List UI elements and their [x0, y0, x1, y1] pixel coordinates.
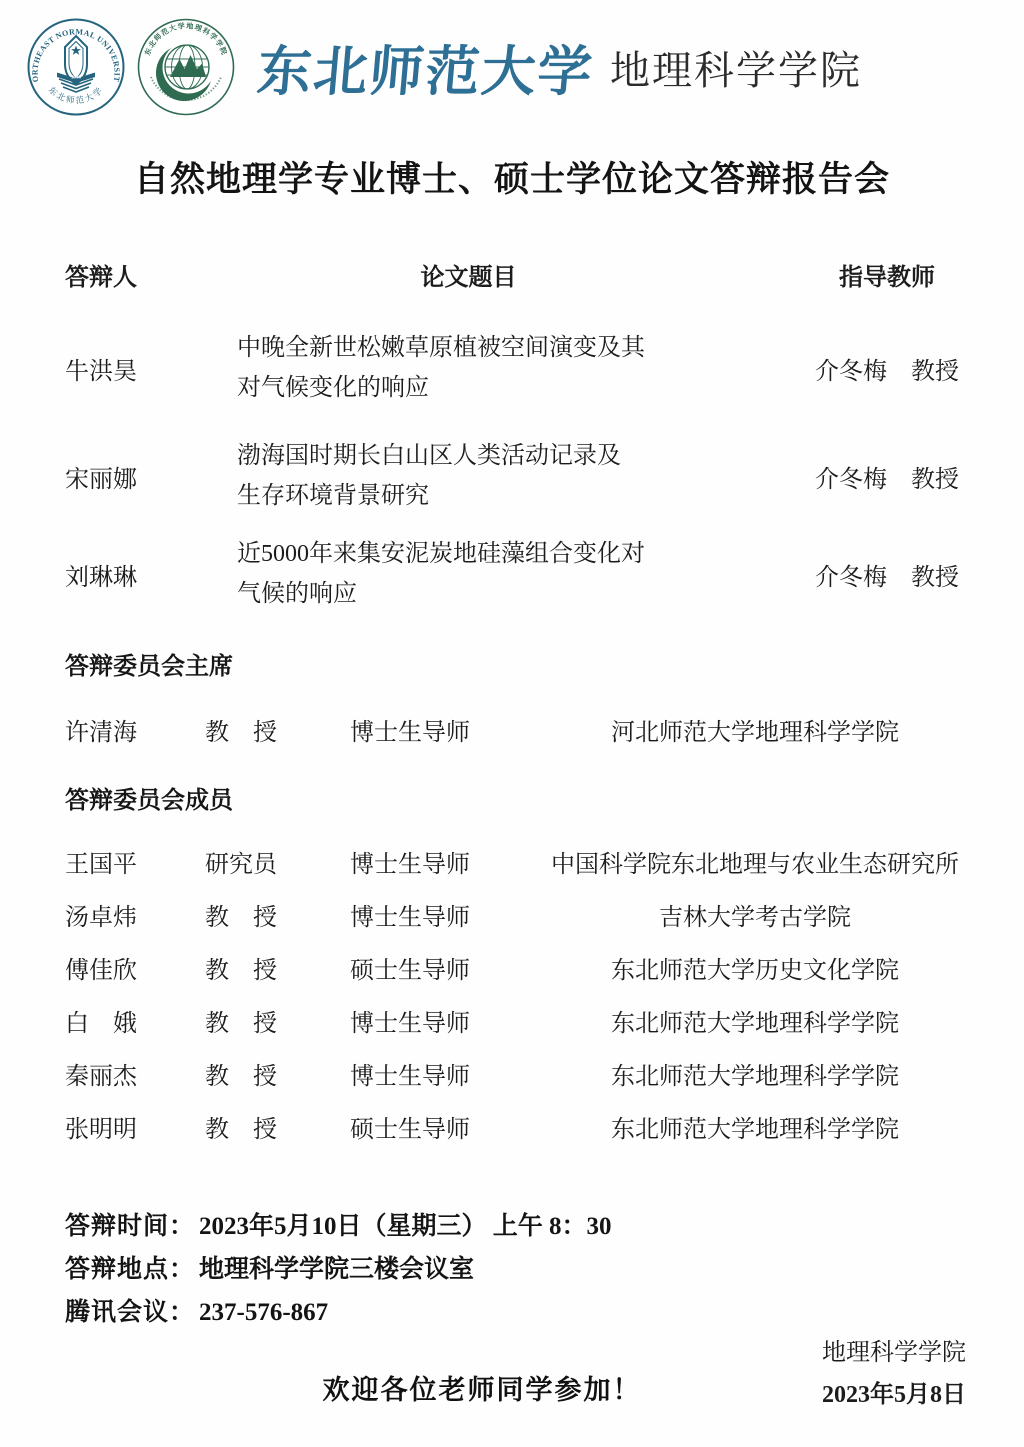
chair-section-heading: 答辩委员会主席 — [65, 646, 233, 681]
sign-date: 2023年5月8日 — [822, 1374, 966, 1409]
member-role: 硕士生导师 — [350, 1109, 520, 1144]
member-role: 博士生导师 — [350, 844, 520, 879]
header: NORTHEAST NORMAL UNIVERSITY 1946 东北师范大学 … — [26, 14, 862, 120]
chair-title: 教 授 — [205, 712, 350, 747]
chair-role: 博士生导师 — [350, 712, 520, 747]
member-organization: 中国科学院东北地理与农业生态研究所 — [520, 844, 990, 879]
brand-school-name: 地理科学学院 — [610, 39, 862, 96]
defense-place-value: 地理科学学院三楼会议室 — [199, 1256, 474, 1283]
member-name: 秦丽杰 — [65, 1056, 205, 1091]
thesis-title: 中晚全新世松嫩草原植被空间演变及其 对气候变化的响应 — [237, 328, 810, 408]
member-row: 秦丽杰 教 授 博士生导师 东北师范大学地理科学学院 — [0, 1056, 1024, 1090]
defense-time-label: 答辩时间： — [65, 1213, 195, 1240]
thesis-title: 近5000年来集安泥炭地硅藻组合变化对 气候的响应 — [237, 534, 810, 614]
col-advisor-header: 指导教师 — [810, 257, 1024, 292]
member-organization: 东北师范大学地理科学学院 — [520, 1056, 990, 1091]
brand: 东北师范大学 地理科学学院 — [258, 29, 862, 106]
member-role: 博士生导师 — [350, 897, 520, 932]
member-row: 傅佳欣 教 授 硕士生导师 东北师范大学历史文化学院 — [0, 950, 1024, 984]
defense-place-label: 答辩地点： — [65, 1256, 195, 1283]
member-title: 教 授 — [205, 1109, 350, 1144]
brand-university-name: 东北师范大学 — [255, 29, 598, 106]
meeting-label: 腾讯会议： — [65, 1299, 195, 1326]
thesis-line-1: 渤海国时期长白山区人类活动记录及 — [237, 443, 621, 469]
member-title: 教 授 — [205, 897, 350, 932]
member-name: 王国平 — [65, 844, 205, 879]
welcome-message: 欢迎各位老师同学参加！ — [0, 1368, 964, 1407]
geo-school-seal-logo: 东北师范大学地理科学学院 — [136, 17, 236, 117]
member-name: 白 娥 — [65, 1003, 205, 1038]
defender-name: 宋丽娜 — [65, 459, 237, 494]
thesis-line-2: 生存环境背景研究 — [237, 483, 429, 509]
member-title: 研究员 — [205, 844, 350, 879]
defender-name: 牛洪昊 — [65, 351, 237, 386]
defense-time-line: 答辩时间：2023年5月10日（星期三） 上午 8：30 — [65, 1206, 612, 1242]
member-row: 白 娥 教 授 博士生导师 东北师范大学地理科学学院 — [0, 1003, 1024, 1037]
defense-table-header: 答辩人 论文题目 指导教师 — [0, 254, 1024, 294]
member-organization: 东北师范大学历史文化学院 — [520, 950, 990, 985]
document-title: 自然地理学专业博士、硕士学位论文答辩报告会 — [0, 152, 1024, 202]
defense-time-value: 2023年5月10日（星期三） 上午 8：30 — [199, 1213, 612, 1240]
member-organization: 东北师范大学地理科学学院 — [520, 1109, 990, 1144]
member-organization: 东北师范大学地理科学学院 — [520, 1003, 990, 1038]
member-title: 教 授 — [205, 950, 350, 985]
member-role: 博士生导师 — [350, 1003, 520, 1038]
thesis-title: 渤海国时期长白山区人类活动记录及 生存环境背景研究 — [237, 436, 810, 516]
thesis-line-1: 中晚全新世松嫩草原植被空间演变及其 — [237, 335, 645, 361]
member-name: 傅佳欣 — [65, 950, 205, 985]
signer-name: 地理科学学院 — [822, 1332, 966, 1367]
advisor-name: 介冬梅 教授 — [810, 557, 1024, 592]
member-title: 教 授 — [205, 1003, 350, 1038]
chair-row: 许清海 教 授 博士生导师 河北师范大学地理科学学院 — [0, 712, 1024, 746]
member-role: 博士生导师 — [350, 1056, 520, 1091]
member-title: 教 授 — [205, 1056, 350, 1091]
chair-name: 许清海 — [65, 712, 205, 747]
member-name: 汤卓炜 — [65, 897, 205, 932]
member-role: 硕士生导师 — [350, 950, 520, 985]
meeting-line: 腾讯会议：237-576-867 — [65, 1292, 328, 1328]
page-root: NORTHEAST NORMAL UNIVERSITY 1946 东北师范大学 … — [0, 0, 1024, 1447]
member-name: 张明明 — [65, 1109, 205, 1144]
col-thesis-header: 论文题目 — [237, 257, 810, 292]
founding-year: 1946 — [71, 75, 82, 81]
member-row: 汤卓炜 教 授 博士生导师 吉林大学考古学院 — [0, 897, 1024, 931]
defender-row: 牛洪昊 中晚全新世松嫩草原植被空间演变及其 对气候变化的响应 介冬梅 教授 — [0, 322, 1024, 414]
chair-organization: 河北师范大学地理科学学院 — [520, 712, 990, 747]
advisor-name: 介冬梅 教授 — [810, 459, 1024, 494]
nenu-seal-logo: NORTHEAST NORMAL UNIVERSITY 1946 东北师范大学 — [26, 17, 126, 117]
member-organization: 吉林大学考古学院 — [520, 897, 990, 932]
defense-place-line: 答辩地点：地理科学学院三楼会议室 — [65, 1249, 474, 1285]
member-row: 王国平 研究员 博士生导师 中国科学院东北地理与农业生态研究所 — [0, 844, 1024, 878]
members-section-heading: 答辩委员会成员 — [65, 780, 233, 815]
advisor-name: 介冬梅 教授 — [810, 351, 1024, 386]
defender-name: 刘琳琳 — [65, 557, 237, 592]
thesis-line-1: 近5000年来集安泥炭地硅藻组合变化对 — [237, 541, 645, 567]
member-row: 张明明 教 授 硕士生导师 东北师范大学地理科学学院 — [0, 1109, 1024, 1143]
thesis-line-2: 对气候变化的响应 — [237, 375, 429, 401]
thesis-line-2: 气候的响应 — [237, 581, 357, 607]
defender-row: 宋丽娜 渤海国时期长白山区人类活动记录及 生存环境背景研究 介冬梅 教授 — [0, 430, 1024, 522]
defender-row: 刘琳琳 近5000年来集安泥炭地硅藻组合变化对 气候的响应 介冬梅 教授 — [0, 528, 1024, 620]
col-defender-header: 答辩人 — [65, 257, 237, 292]
meeting-id-value: 237-576-867 — [199, 1299, 328, 1326]
